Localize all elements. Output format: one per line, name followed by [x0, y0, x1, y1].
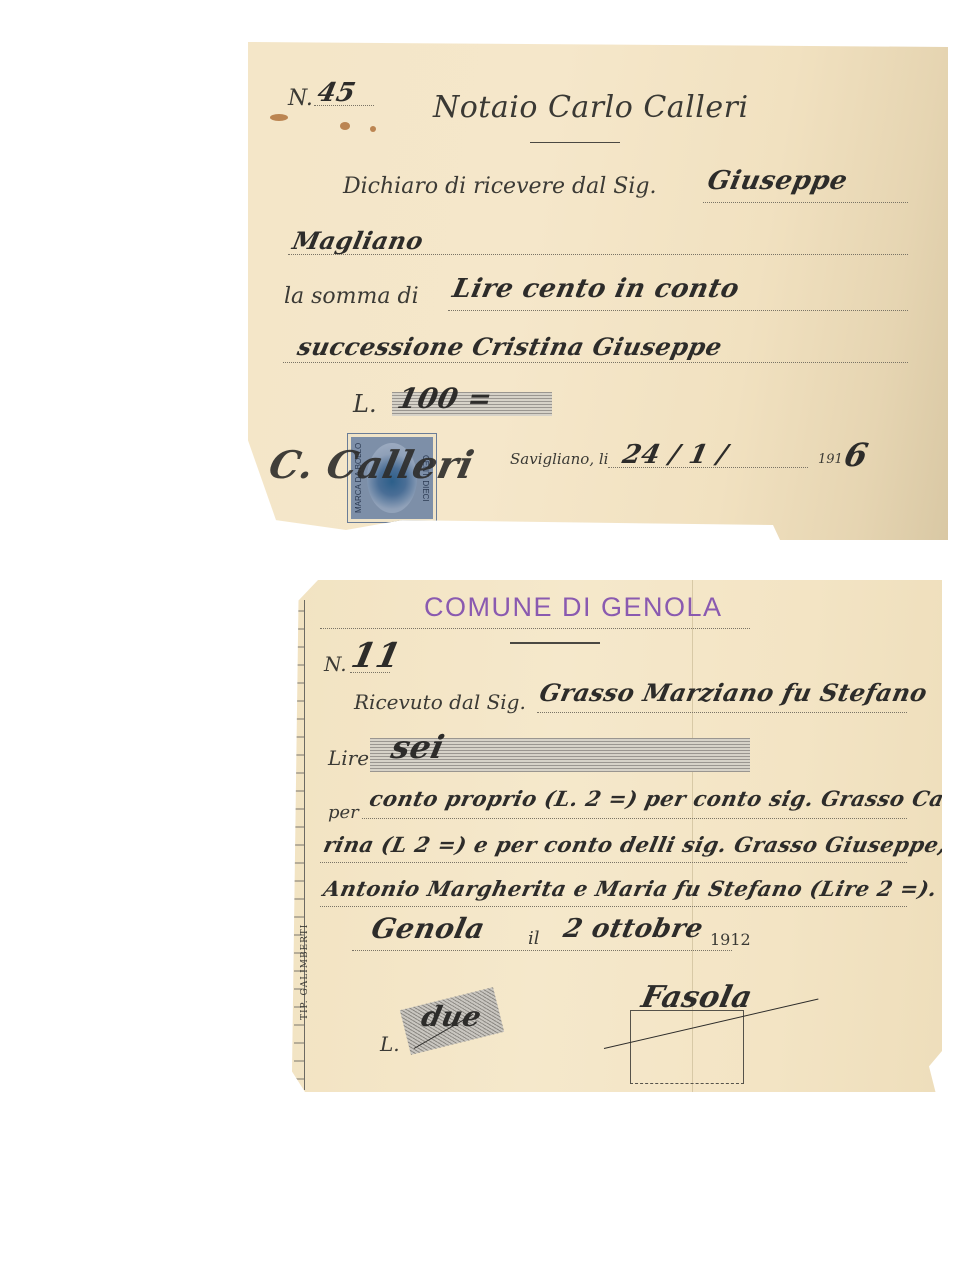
date-value: 2 ottobre — [561, 914, 706, 944]
sum-in-words: Lire cento in conto — [450, 274, 742, 304]
amount-label: L. — [380, 1032, 400, 1056]
payer-surname: Magliano — [290, 226, 426, 255]
payer-first-name: Giuseppe — [705, 166, 850, 196]
year-suffix: 6 — [841, 436, 872, 474]
place-label: Savigliano, li — [510, 450, 608, 468]
notary-receipt: N. 45 Notaio Carlo Calleri Dichiaro di r… — [248, 42, 948, 540]
dotted-line — [352, 950, 732, 951]
lire-label: Lire — [328, 746, 369, 770]
municipal-receipt: COMUNE DI GENOLA N. 11 Ricevuto dal Sig.… — [292, 580, 942, 1092]
ornament — [530, 142, 620, 143]
dotted-line — [350, 672, 390, 673]
date-value: 24 / 1 / — [620, 440, 731, 470]
dotted-line — [537, 712, 907, 713]
dotted-line — [283, 362, 908, 363]
payer-name: Grasso Marziano fu Stefano — [537, 678, 930, 707]
sum-reason: successione Cristina Giuseppe — [295, 332, 725, 361]
lire-value: sei — [388, 728, 448, 766]
notary-signature: C. Calleri — [265, 442, 478, 487]
number-value: 11 — [348, 636, 405, 676]
dotted-line — [362, 818, 907, 819]
year-value: 1912 — [710, 930, 751, 949]
printer-credit: TIP. GALIMBERTI — [300, 924, 310, 1020]
dotted-line — [320, 628, 750, 629]
dotted-line — [314, 105, 374, 106]
notary-header: Notaio Carlo Calleri — [433, 90, 749, 125]
number-value: 45 — [315, 78, 359, 108]
amount-value: 100 = — [394, 382, 495, 415]
rust-stain — [340, 122, 350, 130]
dotted-line — [320, 862, 907, 863]
received-from-label: Ricevuto dal Sig. — [354, 690, 526, 714]
dotted-line — [320, 906, 907, 907]
received-from-label: Dichiaro di ricevere dal Sig. — [343, 174, 656, 199]
purpose-line-2: rina (L 2 =) e per conto delli sig. Gras… — [321, 832, 949, 857]
sum-label: la somma di — [284, 284, 419, 309]
number-label: N. — [324, 652, 347, 676]
dotted-line — [608, 467, 808, 468]
amount-value: due — [418, 1000, 484, 1033]
place-value: Genola — [368, 912, 488, 945]
date-label: il — [528, 928, 540, 949]
purpose-line-3: Antonio Margherita e Maria fu Stefano (L… — [321, 876, 939, 901]
signature-box — [630, 1010, 744, 1084]
ornament — [510, 642, 600, 644]
rust-stain — [370, 126, 376, 132]
dotted-line — [448, 310, 908, 311]
per-label: per — [328, 802, 359, 823]
municipality-header: COMUNE DI GENOLA — [424, 592, 723, 623]
number-label: N. — [288, 86, 313, 111]
purpose-line-1: conto proprio (L. 2 =) per conto sig. Gr… — [367, 786, 959, 811]
official-signature: Fasola — [638, 980, 755, 1015]
dotted-line — [288, 254, 908, 255]
rust-stain — [270, 114, 288, 121]
amount-label: L. — [353, 390, 377, 418]
dotted-line — [703, 202, 908, 203]
year-prefix: 191 — [818, 452, 843, 467]
